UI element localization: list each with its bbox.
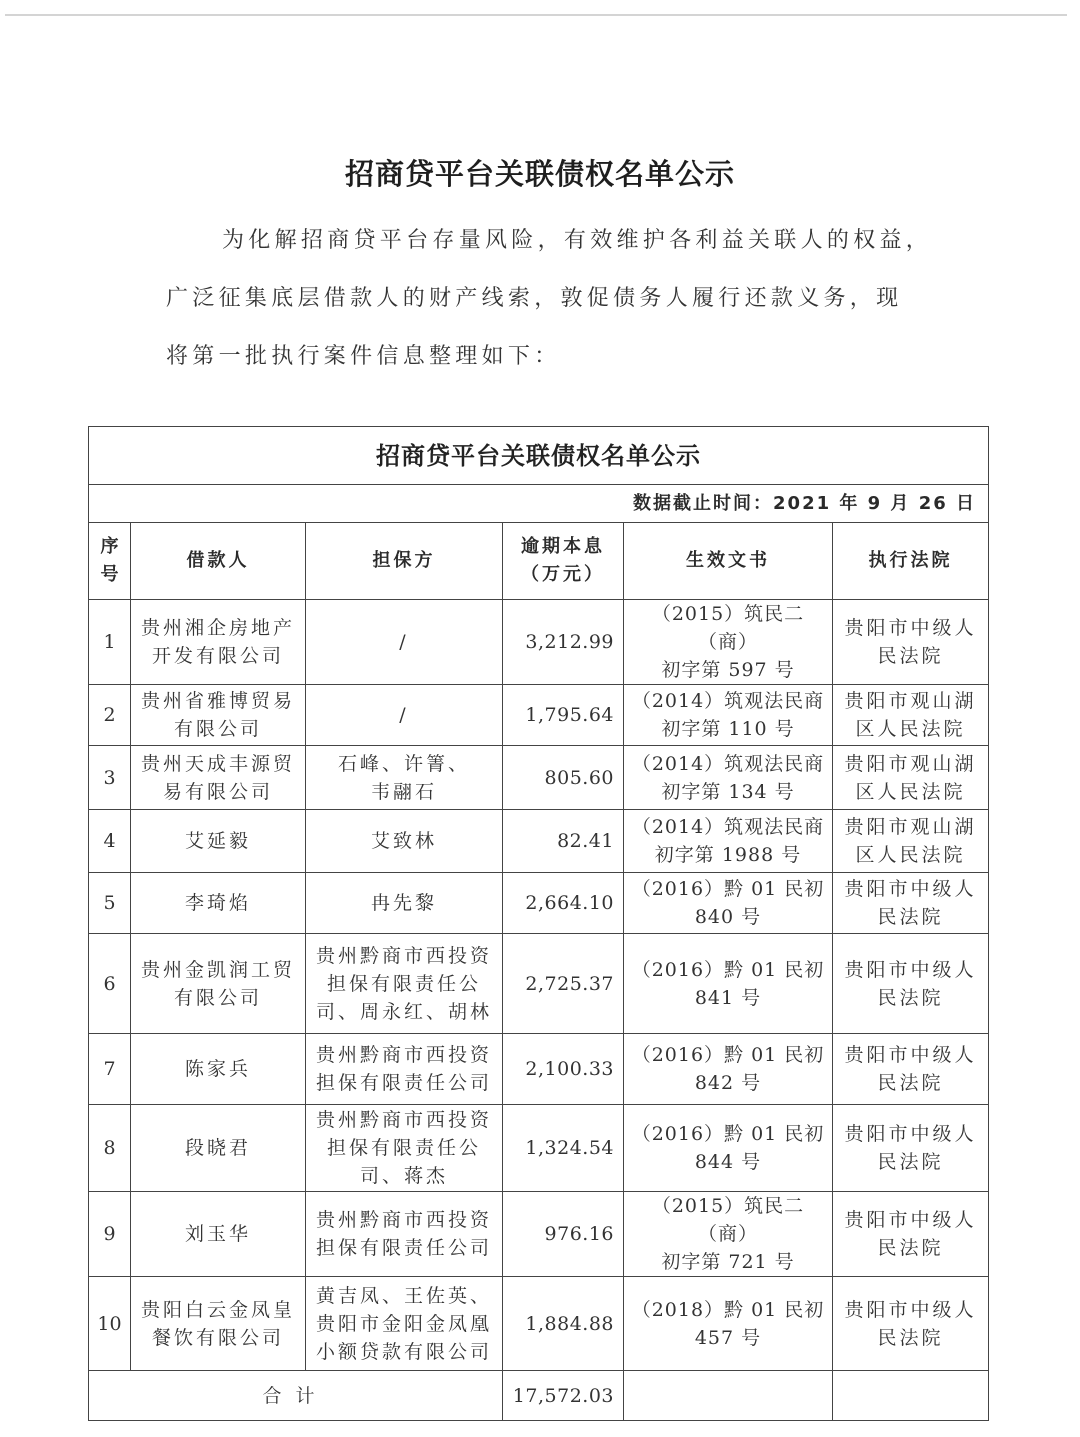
cell-seq: 5 xyxy=(89,873,131,934)
scan-edge-rule xyxy=(5,14,1067,16)
cell-seq: 3 xyxy=(89,746,131,810)
cell-overdue-amount: 976.16 xyxy=(503,1192,624,1277)
debt-list-table: 招商贷平台关联债权名单公示 数据截止时间：2021 年 9 月 26 日 序 号… xyxy=(88,426,989,1421)
document-title: 招商贷平台关联债权名单公示 xyxy=(0,152,1080,193)
cell-court: 贵阳市中级人民法院 xyxy=(833,873,989,934)
cell-court: 贵阳市观山湖区人民法院 xyxy=(833,746,989,810)
cell-guarantor: 冉先黎 xyxy=(306,873,503,934)
table-title-row: 招商贷平台关联债权名单公示 xyxy=(89,427,989,485)
table-body: 1贵州湘企房地产开发有限公司/3,212.99（2015）筑民二（商）初字第 5… xyxy=(89,600,989,1371)
cell-overdue-amount: 1,884.88 xyxy=(503,1277,624,1371)
cell-seq: 7 xyxy=(89,1034,131,1105)
table-row: 5李琦焰冉先黎2,664.10（2016）黔 01 民初840 号贵阳市中级人民… xyxy=(89,873,989,934)
cell-borrower: 贵州湘企房地产开发有限公司 xyxy=(131,600,306,685)
cell-judgment: （2014）筑观法民商初字第 110 号 xyxy=(624,685,833,746)
cell-guarantor: 艾致林 xyxy=(306,810,503,873)
table-title: 招商贷平台关联债权名单公示 xyxy=(89,427,989,485)
cell-guarantor: / xyxy=(306,600,503,685)
intro-line-1: 为化解招商贷平台存量风险，有效维护各利益关联人的权益， xyxy=(166,212,946,270)
total-empty-court xyxy=(833,1371,989,1421)
cell-guarantor: 贵州黔商市西投资担保有限责任公司、周永红、胡林 xyxy=(306,934,503,1034)
intro-paragraph: 为化解招商贷平台存量风险，有效维护各利益关联人的权益， 广泛征集底层借款人的财产… xyxy=(166,212,946,386)
cell-judgment: （2014）筑观法民商初字第 134 号 xyxy=(624,746,833,810)
cell-seq: 2 xyxy=(89,685,131,746)
header-court: 执行法院 xyxy=(833,523,989,600)
header-seq: 序 号 xyxy=(89,523,131,600)
table-row: 2贵州省雅博贸易有限公司/1,795.64（2014）筑观法民商初字第 110 … xyxy=(89,685,989,746)
table-date-row: 数据截止时间：2021 年 9 月 26 日 xyxy=(89,485,989,523)
table-row: 3贵州天成丰源贸易有限公司石峰、许箐、韦翮石805.60（2014）筑观法民商初… xyxy=(89,746,989,810)
total-amount: 17,572.03 xyxy=(503,1371,624,1421)
cell-borrower: 刘玉华 xyxy=(131,1192,306,1277)
cell-judgment: （2016）黔 01 民初844 号 xyxy=(624,1105,833,1192)
header-guarantor: 担保方 xyxy=(306,523,503,600)
header-overdue-amount: 逾期本息 （万元） xyxy=(503,523,624,600)
cell-overdue-amount: 2,664.10 xyxy=(503,873,624,934)
cell-overdue-amount: 1,795.64 xyxy=(503,685,624,746)
table-row: 10贵阳白云金凤皇餐饮有限公司黄吉凤、王佐英、贵阳市金阳金凤凰小额贷款有限公司1… xyxy=(89,1277,989,1371)
cell-judgment: （2015）筑民二（商）初字第 597 号 xyxy=(624,600,833,685)
intro-line-3: 将第一批执行案件信息整理如下： xyxy=(166,328,946,386)
cell-guarantor: 贵州黔商市西投资担保有限责任公司、蒋杰 xyxy=(306,1105,503,1192)
table-row: 8段晓君贵州黔商市西投资担保有限责任公司、蒋杰1,324.54（2016）黔 0… xyxy=(89,1105,989,1192)
cell-seq: 6 xyxy=(89,934,131,1034)
table-row: 6贵州金凯润工贸有限公司贵州黔商市西投资担保有限责任公司、周永红、胡林2,725… xyxy=(89,934,989,1034)
table-row: 7陈家兵贵州黔商市西投资担保有限责任公司2,100.33（2016）黔 01 民… xyxy=(89,1034,989,1105)
cell-judgment: （2014）筑观法民商初字第 1988 号 xyxy=(624,810,833,873)
cell-seq: 9 xyxy=(89,1192,131,1277)
cell-court: 贵阳市中级人民法院 xyxy=(833,1192,989,1277)
cell-court: 贵阳市观山湖区人民法院 xyxy=(833,810,989,873)
data-cutoff-date: 数据截止时间：2021 年 9 月 26 日 xyxy=(89,485,989,523)
cell-borrower: 李琦焰 xyxy=(131,873,306,934)
total-empty-judgment xyxy=(624,1371,833,1421)
cell-borrower: 段晓君 xyxy=(131,1105,306,1192)
table-row: 1贵州湘企房地产开发有限公司/3,212.99（2015）筑民二（商）初字第 5… xyxy=(89,600,989,685)
cell-guarantor: 石峰、许箐、韦翮石 xyxy=(306,746,503,810)
cell-guarantor: 贵州黔商市西投资担保有限责任公司 xyxy=(306,1034,503,1105)
cell-court: 贵阳市观山湖区人民法院 xyxy=(833,685,989,746)
cell-overdue-amount: 805.60 xyxy=(503,746,624,810)
cell-borrower: 贵阳白云金凤皇餐饮有限公司 xyxy=(131,1277,306,1371)
cell-court: 贵阳市中级人民法院 xyxy=(833,1277,989,1371)
cell-judgment: （2016）黔 01 民初840 号 xyxy=(624,873,833,934)
cell-guarantor: 贵州黔商市西投资担保有限责任公司 xyxy=(306,1192,503,1277)
table-row: 4艾延毅艾致林82.41（2014）筑观法民商初字第 1988 号贵阳市观山湖区… xyxy=(89,810,989,873)
cell-overdue-amount: 82.41 xyxy=(503,810,624,873)
header-judgment: 生效文书 xyxy=(624,523,833,600)
cell-borrower: 陈家兵 xyxy=(131,1034,306,1105)
cell-seq: 8 xyxy=(89,1105,131,1192)
cell-judgment: （2016）黔 01 民初841 号 xyxy=(624,934,833,1034)
cell-court: 贵阳市中级人民法院 xyxy=(833,1105,989,1192)
total-row: 合计 17,572.03 xyxy=(89,1371,989,1421)
cell-guarantor: / xyxy=(306,685,503,746)
cell-judgment: （2015）筑民二（商）初字第 721 号 xyxy=(624,1192,833,1277)
cell-seq: 1 xyxy=(89,600,131,685)
cell-borrower: 贵州天成丰源贸易有限公司 xyxy=(131,746,306,810)
cell-borrower: 贵州省雅博贸易有限公司 xyxy=(131,685,306,746)
cell-overdue-amount: 1,324.54 xyxy=(503,1105,624,1192)
header-borrower: 借款人 xyxy=(131,523,306,600)
cell-overdue-amount: 2,725.37 xyxy=(503,934,624,1034)
cell-court: 贵阳市中级人民法院 xyxy=(833,600,989,685)
cell-judgment: （2016）黔 01 民初842 号 xyxy=(624,1034,833,1105)
cell-seq: 10 xyxy=(89,1277,131,1371)
cell-borrower: 艾延毅 xyxy=(131,810,306,873)
cell-borrower: 贵州金凯润工贸有限公司 xyxy=(131,934,306,1034)
intro-line-2: 广泛征集底层借款人的财产线索，敦促债务人履行还款义务，现 xyxy=(166,270,946,328)
cell-overdue-amount: 2,100.33 xyxy=(503,1034,624,1105)
cell-guarantor: 黄吉凤、王佐英、贵阳市金阳金凤凰小额贷款有限公司 xyxy=(306,1277,503,1371)
cell-court: 贵阳市中级人民法院 xyxy=(833,1034,989,1105)
table-row: 9刘玉华贵州黔商市西投资担保有限责任公司976.16（2015）筑民二（商）初字… xyxy=(89,1192,989,1277)
table-header-row: 序 号 借款人 担保方 逾期本息 （万元） 生效文书 执行法院 xyxy=(89,523,989,600)
total-label: 合计 xyxy=(89,1371,503,1421)
cell-court: 贵阳市中级人民法院 xyxy=(833,934,989,1034)
cell-seq: 4 xyxy=(89,810,131,873)
cell-judgment: （2018）黔 01 民初457 号 xyxy=(624,1277,833,1371)
cell-overdue-amount: 3,212.99 xyxy=(503,600,624,685)
